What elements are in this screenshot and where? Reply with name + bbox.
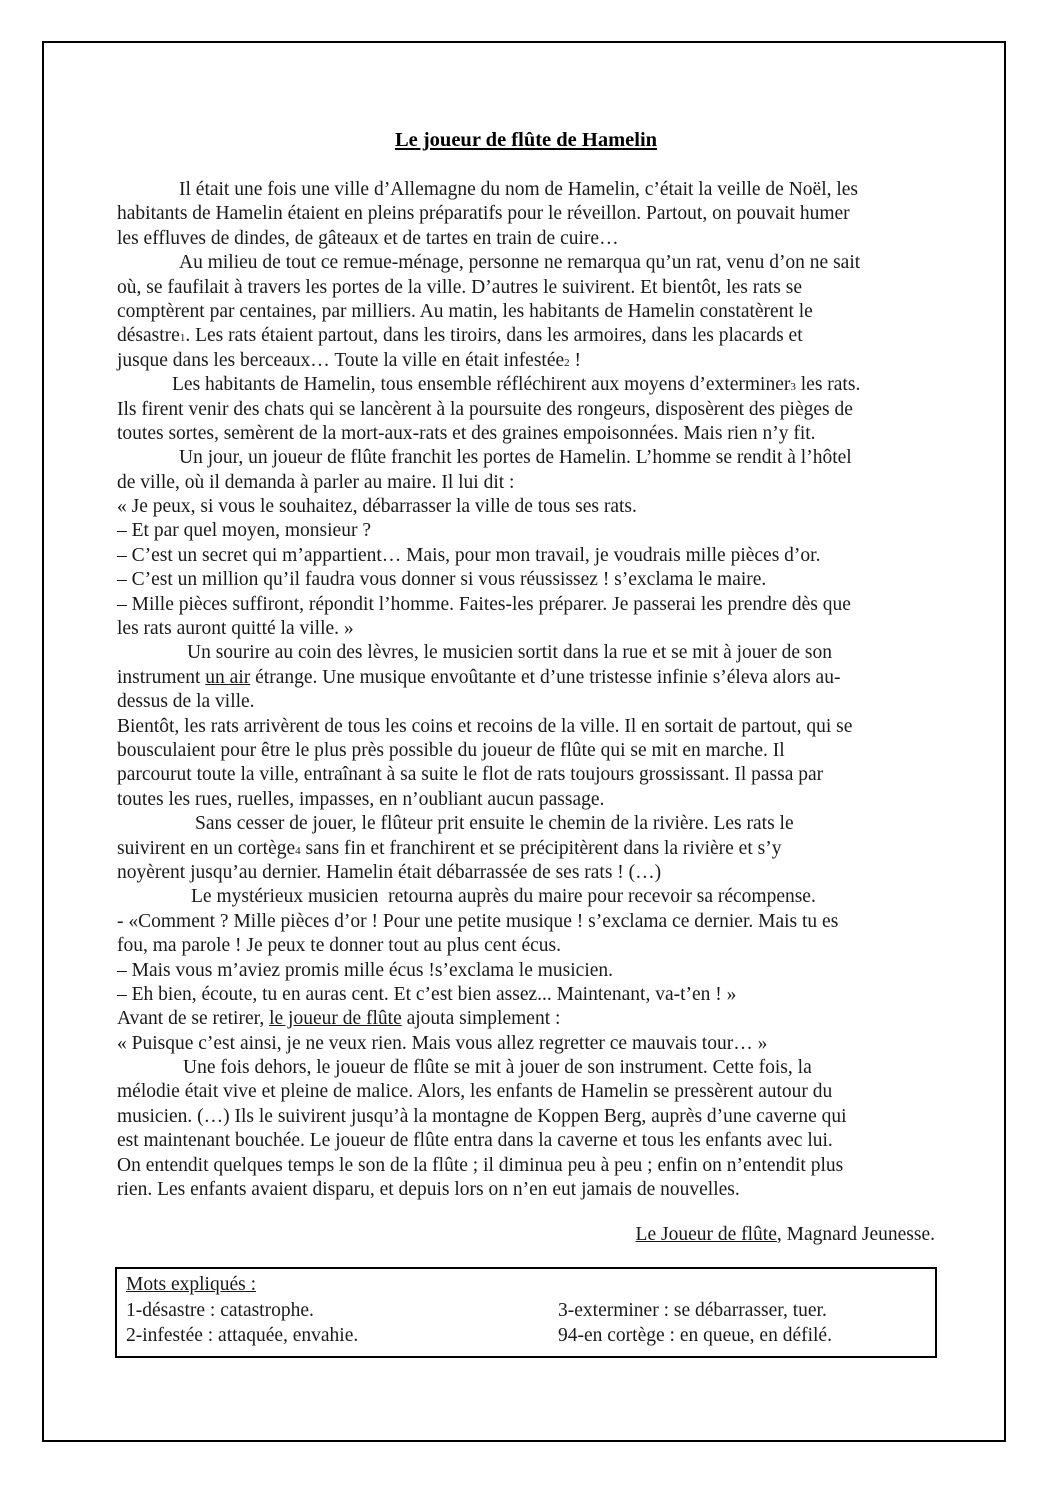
vocab-item: 2-infestée : attaquée, envahie. — [126, 1323, 558, 1349]
text-segment: « Puisque c’est ainsi, je ne veux rien. … — [117, 1033, 767, 1054]
text-segment: instrument — [117, 667, 205, 688]
text-line: Au milieu de tout ce remue-ménage, perso… — [117, 251, 935, 275]
text-segment: mélodie était vive et pleine de malice. … — [117, 1081, 832, 1102]
text-segment: de ville, où il demanda à parler au mair… — [117, 472, 514, 493]
text-segment: . Les rats étaient partout, dans les tir… — [185, 325, 802, 346]
text-segment: dessus de la ville. — [117, 691, 255, 712]
text-segment: Ils firent venir des chats qui se lancèr… — [117, 399, 853, 420]
text-line: Un jour, un joueur de flûte franchit les… — [117, 446, 935, 470]
text-segment: Un sourire au coin des lèvres, le musici… — [187, 642, 832, 663]
document-body: Il était une fois une ville d’Allemagne … — [117, 178, 935, 1202]
text-segment: Avant de se retirer, — [117, 1008, 269, 1029]
text-segment: suivirent en un cortège — [117, 838, 295, 859]
underlined-text: Le Joueur de flûte — [636, 1224, 777, 1245]
text-segment: - «Comment ? Mille pièces d’or ! Pour un… — [117, 911, 838, 932]
text-line: instrument un air étrange. Une musique e… — [117, 666, 935, 690]
text-line: Avant de se retirer, le joueur de flûte … — [117, 1007, 935, 1031]
text-line: On entendit quelques temps le son de la … — [117, 1154, 935, 1178]
text-line: – Eh bien, écoute, tu en auras cent. Et … — [117, 983, 935, 1007]
text-segment: – Mais vous m’aviez promis mille écus !s… — [117, 960, 613, 981]
text-line: – C’est un million qu’il faudra vous don… — [117, 568, 935, 592]
text-line: Sans cesser de jouer, le flûteur prit en… — [117, 812, 935, 836]
text-line: dessus de la ville. — [117, 690, 935, 714]
text-segment: comptèrent par centaines, par milliers. … — [117, 301, 813, 322]
text-segment: Sans cesser de jouer, le flûteur prit en… — [195, 813, 794, 834]
text-segment: – C’est un secret qui m’appartient… Mais… — [117, 545, 820, 566]
text-segment: les rats auront quitté la ville. » — [117, 618, 354, 639]
text-segment: Il était une fois une ville d’Allemagne … — [179, 179, 858, 200]
vocab-row: 2-infestée : attaquée, envahie.94-en cor… — [126, 1323, 927, 1349]
text-line: toutes les rues, ruelles, impasses, en n… — [117, 788, 935, 812]
text-line: habitants de Hamelin étaient en pleins p… — [117, 202, 935, 226]
vocab-box: Mots expliqués : 1-désastre : catastroph… — [115, 1267, 937, 1358]
text-line: toutes sortes, semèrent de la mort-aux-r… — [117, 422, 935, 446]
text-line: Bientôt, les rats arrivèrent de tous les… — [117, 715, 935, 739]
text-segment: Le mystérieux musicien retourna auprès d… — [191, 886, 816, 907]
text-segment: ajouta simplement : — [402, 1008, 561, 1029]
text-line: les effluves de dindes, de gâteaux et de… — [117, 227, 935, 251]
underlined-text: le joueur de flûte — [269, 1008, 402, 1029]
text-line: rien. Les enfants avaient disparu, et de… — [117, 1178, 935, 1202]
vocab-item: 1-désastre : catastrophe. — [126, 1298, 558, 1324]
text-segment: parcourut toute la ville, entraînant à s… — [117, 764, 823, 785]
text-segment: les rats. — [796, 374, 860, 395]
text-segment: fou, ma parole ! Je peux te donner tout … — [117, 935, 561, 956]
text-segment: bousculaient pour être le plus près poss… — [117, 740, 785, 761]
text-line: Le mystérieux musicien retourna auprès d… — [117, 885, 935, 909]
text-segment: Bientôt, les rats arrivèrent de tous les… — [117, 716, 852, 737]
page-content: Le joueur de flûte de Hamelin Il était u… — [117, 127, 935, 1358]
text-segment: – C’est un million qu’il faudra vous don… — [117, 569, 766, 590]
text-line: – Et par quel moyen, monsieur ? — [117, 519, 935, 543]
text-segment: jusque dans les berceaux… Toute la ville… — [117, 350, 564, 371]
text-line: « Puisque c’est ainsi, je ne veux rien. … — [117, 1032, 935, 1056]
text-line: Ils firent venir des chats qui se lancèr… — [117, 398, 935, 422]
text-line: jusque dans les berceaux… Toute la ville… — [117, 349, 935, 373]
text-segment: désastre — [117, 325, 180, 346]
text-segment: ! — [570, 350, 581, 371]
text-line: de ville, où il demanda à parler au mair… — [117, 471, 935, 495]
text-line: Un sourire au coin des lèvres, le musici… — [117, 641, 935, 665]
text-line: est maintenant bouchée. Le joueur de flû… — [117, 1129, 935, 1153]
text-line: noyèrent jusqu’au dernier. Hamelin était… — [117, 861, 935, 885]
document-title: Le joueur de flûte de Hamelin — [117, 127, 935, 153]
text-line: mélodie était vive et pleine de malice. … — [117, 1080, 935, 1104]
text-line: – C’est un secret qui m’appartient… Mais… — [117, 544, 935, 568]
text-line: - «Comment ? Mille pièces d’or ! Pour un… — [117, 910, 935, 934]
text-segment: étrange. Une musique envoûtante et d’une… — [250, 667, 840, 688]
text-segment: Une fois dehors, le joueur de flûte se m… — [183, 1057, 812, 1078]
text-segment: habitants de Hamelin étaient en pleins p… — [117, 203, 850, 224]
text-segment: – Mille pièces suffiront, répondit l’hom… — [117, 594, 851, 615]
text-segment: , Magnard Jeunesse. — [777, 1224, 935, 1245]
text-segment: noyèrent jusqu’au dernier. Hamelin était… — [117, 862, 661, 883]
text-line: Les habitants de Hamelin, tous ensemble … — [117, 373, 935, 397]
text-segment: Les habitants de Hamelin, tous ensemble … — [172, 374, 790, 395]
text-segment: musicien. (…) Ils le suivirent jusqu’à l… — [117, 1106, 847, 1127]
text-line: bousculaient pour être le plus près poss… — [117, 739, 935, 763]
vocab-row: 1-désastre : catastrophe.3-exterminer : … — [126, 1298, 927, 1324]
text-line: suivirent en un cortège4 sans fin et fra… — [117, 837, 935, 861]
text-segment: – Et par quel moyen, monsieur ? — [117, 520, 371, 541]
text-segment: Au milieu de tout ce remue-ménage, perso… — [179, 252, 860, 273]
vocab-item: 3-exterminer : se débarrasser, tuer. — [558, 1298, 927, 1324]
underlined-text: un air — [205, 667, 250, 688]
text-segment: les effluves de dindes, de gâteaux et de… — [117, 228, 619, 249]
text-line: Une fois dehors, le joueur de flûte se m… — [117, 1056, 935, 1080]
text-line: fou, ma parole ! Je peux te donner tout … — [117, 934, 935, 958]
text-segment: toutes sortes, semèrent de la mort-aux-r… — [117, 423, 816, 444]
text-line: parcourut toute la ville, entraînant à s… — [117, 763, 935, 787]
text-line: « Je peux, si vous le souhaitez, débarra… — [117, 495, 935, 519]
text-segment: Un jour, un joueur de flûte franchit les… — [179, 447, 852, 468]
text-segment: – Eh bien, écoute, tu en auras cent. Et … — [117, 984, 736, 1005]
text-line: où, se faufilait à travers les portes de… — [117, 276, 935, 300]
vocab-rows: 1-désastre : catastrophe.3-exterminer : … — [126, 1298, 927, 1349]
text-line: – Mille pièces suffiront, répondit l’hom… — [117, 593, 935, 617]
text-line: Il était une fois une ville d’Allemagne … — [117, 178, 935, 202]
attribution-line: Le Joueur de flûte, Magnard Jeunesse. — [117, 1223, 935, 1247]
text-segment: toutes les rues, ruelles, impasses, en n… — [117, 789, 604, 810]
text-line: comptèrent par centaines, par milliers. … — [117, 300, 935, 324]
text-segment: où, se faufilait à travers les portes de… — [117, 277, 802, 298]
text-segment: On entendit quelques temps le son de la … — [117, 1155, 843, 1176]
text-segment: rien. Les enfants avaient disparu, et de… — [117, 1179, 740, 1200]
text-line: les rats auront quitté la ville. » — [117, 617, 935, 641]
vocab-heading: Mots expliqués : — [126, 1272, 927, 1298]
text-segment: « Je peux, si vous le souhaitez, débarra… — [117, 496, 637, 517]
text-segment: est maintenant bouchée. Le joueur de flû… — [117, 1130, 833, 1151]
text-line: désastre1. Les rats étaient partout, dan… — [117, 324, 935, 348]
document-page: Le joueur de flûte de Hamelin Il était u… — [0, 0, 1053, 1490]
vocab-item: 94-en cortège : en queue, en défilé. — [558, 1323, 927, 1349]
text-line: musicien. (…) Ils le suivirent jusqu’à l… — [117, 1105, 935, 1129]
text-line: – Mais vous m’aviez promis mille écus !s… — [117, 959, 935, 983]
text-segment: sans fin et franchirent et se précipitèr… — [301, 838, 782, 859]
